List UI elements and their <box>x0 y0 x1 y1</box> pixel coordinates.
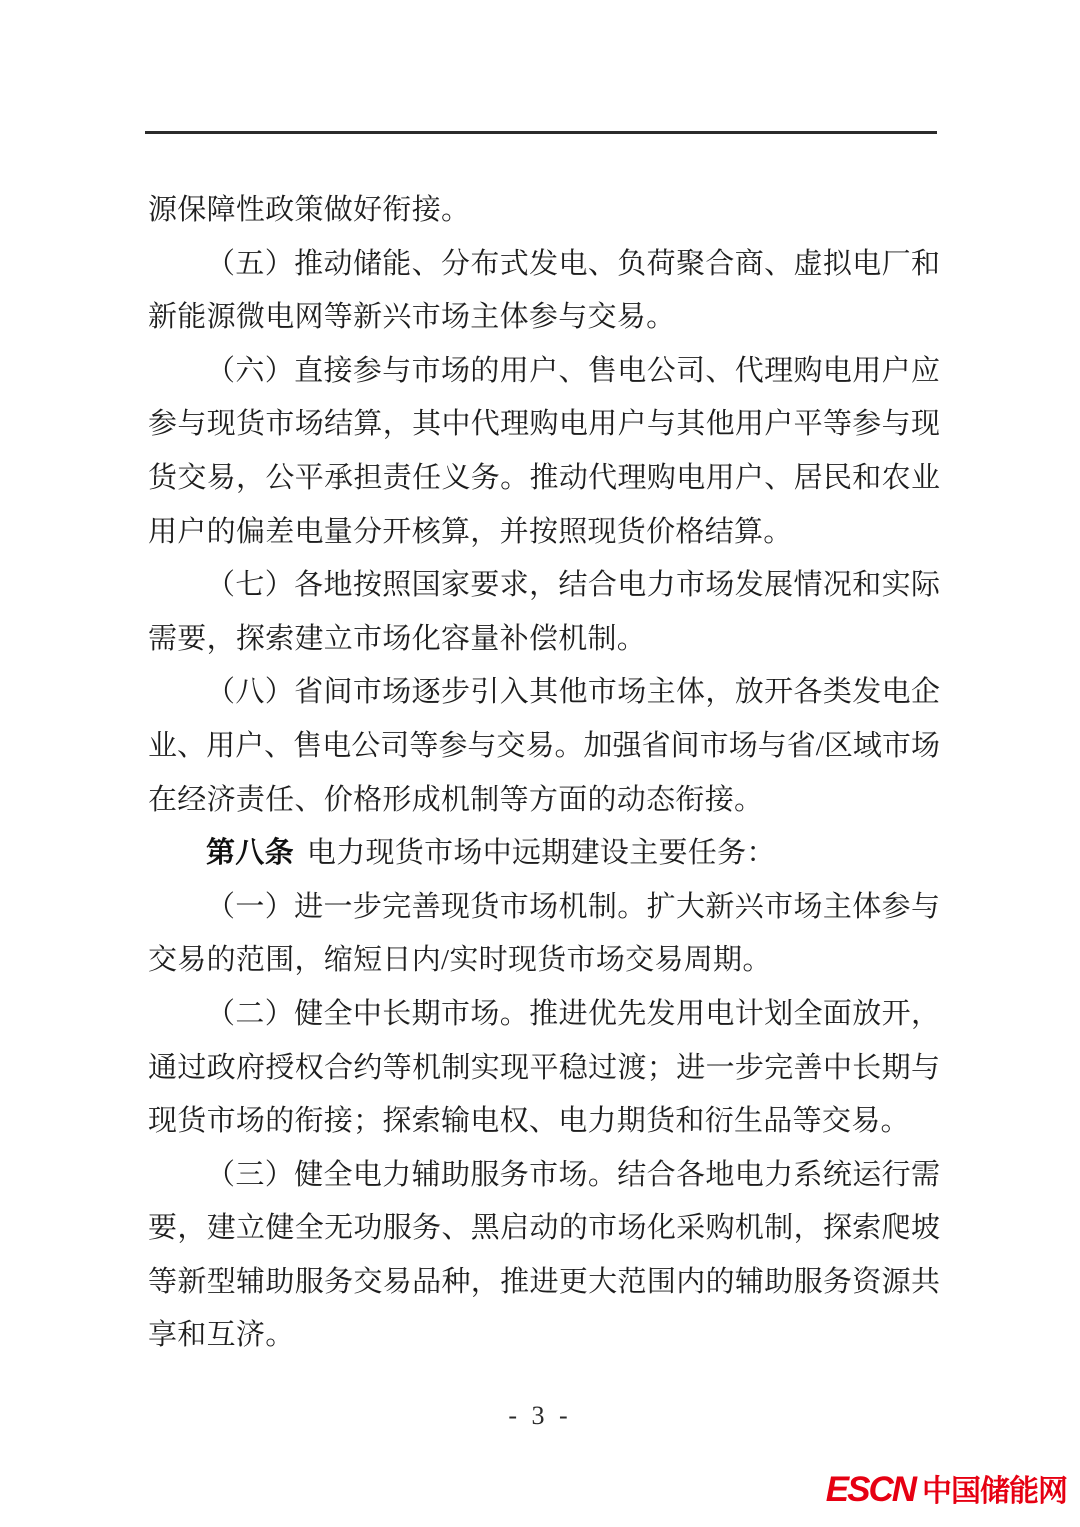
text-line: （三）健全电力辅助服务市场。结合各地电力系统运行需 <box>148 1149 940 1203</box>
logo-chinese-text: 中国储能网 <box>922 1466 1067 1510</box>
text-line: 交易的范围，缩短日内/实时现货市场交易周期。 <box>148 934 940 988</box>
text-line: 享和互济。 <box>148 1309 940 1363</box>
escn-logo: ESCN 中国储能网 <box>826 1466 1067 1510</box>
text-line: 等新型辅助服务交易品种，推进更大范围内的辅助服务资源共 <box>148 1256 940 1310</box>
text-line: （八）省间市场逐步引入其他市场主体，放开各类发电企 <box>148 666 940 720</box>
text-line: （二）健全中长期市场。推进优先发用电计划全面放开， <box>148 988 940 1042</box>
article-heading-line: 第八条电力现货市场中远期建设主要任务： <box>148 827 940 881</box>
text-line: 新能源微电网等新兴市场主体参与交易。 <box>148 291 940 345</box>
text-line: 需要，探索建立市场化容量补偿机制。 <box>148 613 940 667</box>
article-heading-text: 电力现货市场中远期建设主要任务： <box>307 837 776 869</box>
text-line: 在经济责任、价格形成机制等方面的动态衔接。 <box>148 774 940 828</box>
text-line: 要，建立健全无功服务、黑启动的市场化采购机制，探索爬坡 <box>148 1202 940 1256</box>
text-line: 通过政府授权合约等机制实现平稳过渡；进一步完善中长期与 <box>148 1042 940 1096</box>
text-line: （六）直接参与市场的用户、售电公司、代理购电用户应 <box>148 345 940 399</box>
text-line: （一）进一步完善现货市场机制。扩大新兴市场主体参与 <box>148 881 940 935</box>
article-number-label: 第八条 <box>206 837 294 869</box>
text-line: 源保障性政策做好衔接。 <box>148 184 940 238</box>
text-line: 现货市场的衔接；探索输电权、电力期货和衍生品等交易。 <box>148 1095 940 1149</box>
header-rule <box>145 131 937 134</box>
text-line: 参与现货市场结算，其中代理购电用户与其他用户平等参与现 <box>148 398 940 452</box>
page-number: - 3 - <box>0 1400 1080 1432</box>
text-line: 用户的偏差电量分开核算，并按照现货价格结算。 <box>148 506 940 560</box>
text-line: 业、用户、售电公司等参与交易。加强省间市场与省/区域市场 <box>148 720 940 774</box>
text-line: 货交易，公平承担责任义务。推动代理购电用户、居民和农业 <box>148 452 940 506</box>
text-line: （七）各地按照国家要求，结合电力市场发展情况和实际 <box>148 559 940 613</box>
body-text: 源保障性政策做好衔接。 （五）推动储能、分布式发电、负荷聚合商、虚拟电厂和 新能… <box>148 184 940 1363</box>
logo-latin-text: ESCN <box>826 1470 915 1510</box>
document-page: 源保障性政策做好衔接。 （五）推动储能、分布式发电、负荷聚合商、虚拟电厂和 新能… <box>0 0 1080 1527</box>
text-line: （五）推动储能、分布式发电、负荷聚合商、虚拟电厂和 <box>148 238 940 292</box>
